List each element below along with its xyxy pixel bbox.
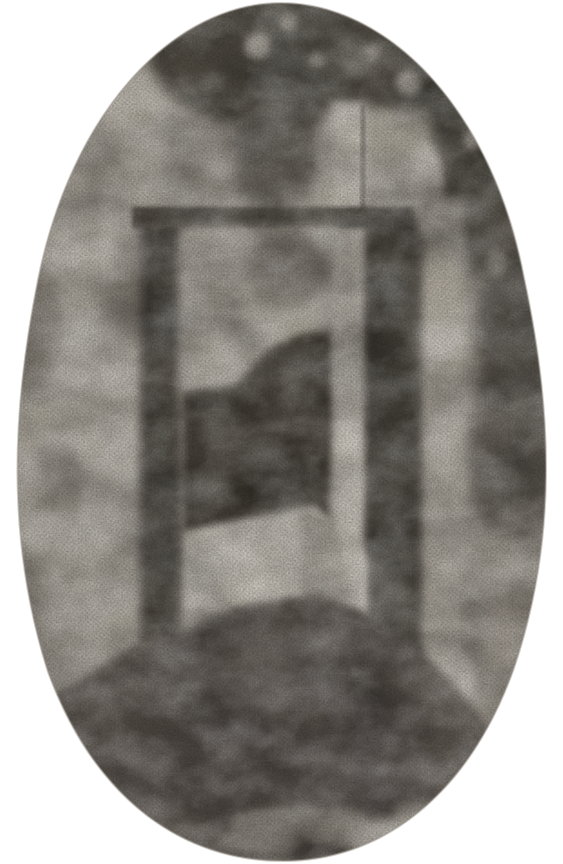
photo-plate [0,0,563,864]
halftone-dot-overlay [0,0,563,864]
halftone-photo [0,0,563,864]
